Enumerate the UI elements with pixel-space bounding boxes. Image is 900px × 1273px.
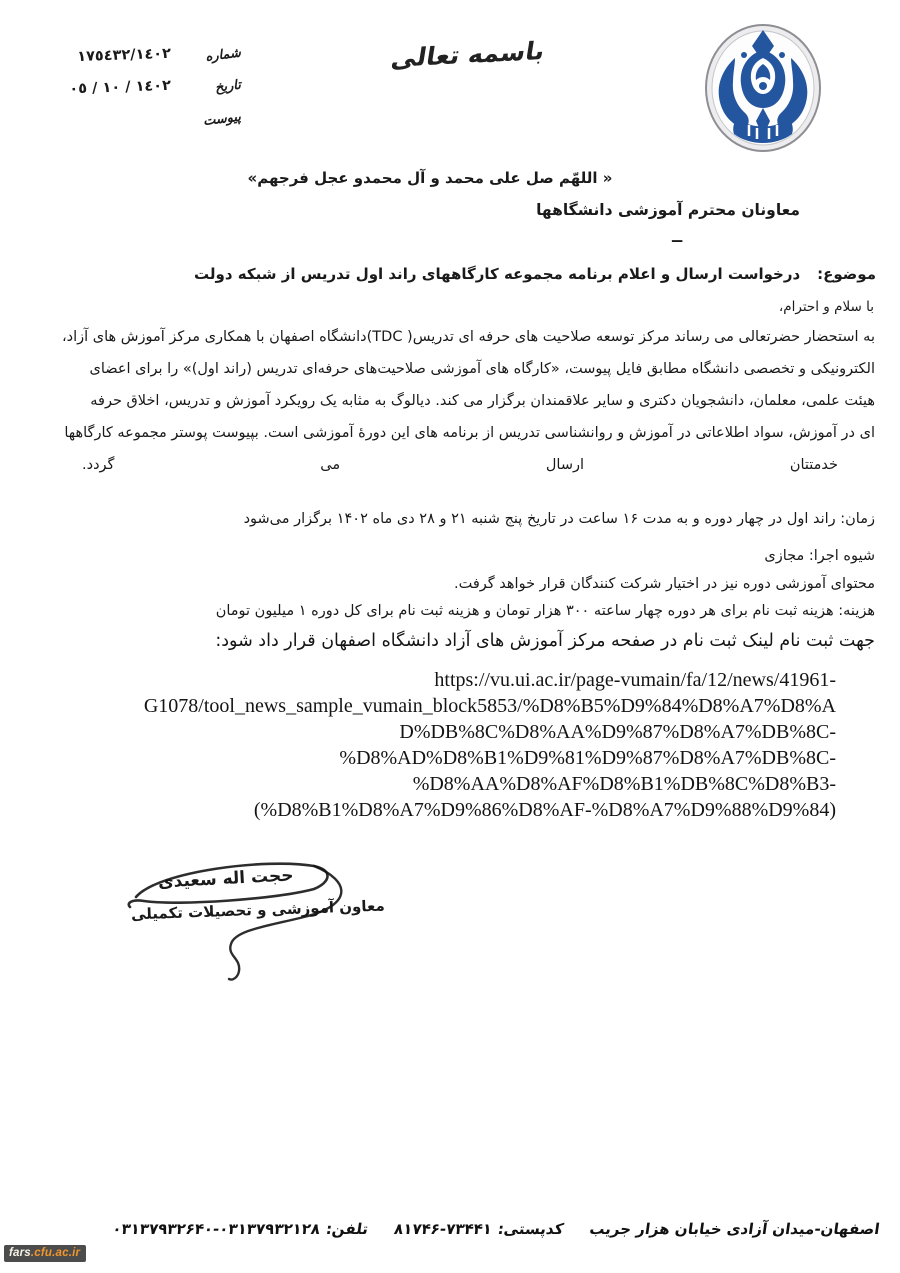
letter-number-row: شماره ١٧٥٤٣٢/١٤٠٢ <box>46 44 241 68</box>
footer-postal: کدپستی: ۸۱۷۴۶-۷۳۴۴۱ <box>393 1220 565 1238</box>
url-line: %D8%AD%D8%B1%D9%81%D9%87%D8%A7%DB%8C- <box>58 745 836 771</box>
letter-date-row: تاریخ ١٤٠٢ / ١٠ / ٠٥ <box>46 76 241 100</box>
body-line: به استحضار حضرتعالی می رساند مرکز توسعه … <box>30 321 875 353</box>
body-line: الکترونیکی و تخصصی دانشگاه مطابق فایل پی… <box>30 353 875 385</box>
footer-postal-label: کدپستی: <box>497 1220 565 1238</box>
subject-line: موضوع: درخواست ارسال و اعلام برنامه مجمو… <box>30 265 876 283</box>
footer-contact-line: اصفهان-میدان آزادی خیابان هزار جریب کدپس… <box>109 1220 884 1238</box>
subject-text: درخواست ارسال و اعلام برنامه مجموعه کارگ… <box>194 265 800 283</box>
letter-date-value: ١٤٠٢ / ١٠ / ٠٥ <box>46 78 171 98</box>
stretched-word: می <box>320 449 340 481</box>
stretched-word: ارسال <box>546 449 584 481</box>
footer-phone-label: تلفن: <box>325 1220 370 1238</box>
content-line: محتوای آموزشی دوره نیز در اختیار شرکت کن… <box>30 576 875 592</box>
watermark-secondary: .cfu.ac.ir <box>31 1247 80 1259</box>
url-line: (%D8%B1%D8%A7%D9%86%D8%AF-%D8%A7%D9%88%D… <box>58 797 836 823</box>
time-line: زمان: راند اول در چهار دوره و به مدت ۱۶ … <box>30 511 875 527</box>
url-line: %D8%AA%D8%AF%D8%B1%DB%8C%D8%B3- <box>58 771 836 797</box>
stretched-word: خدمتتان <box>790 449 838 481</box>
registration-url[interactable]: https://vu.ui.ac.ir/page-vumain/fa/12/ne… <box>58 667 836 823</box>
cost-line: هزینه: هزینه ثبت نام برای هر دوره چهار س… <box>30 603 875 619</box>
subject-label: موضوع: <box>817 265 876 283</box>
letterhead-meta: شماره ١٧٥٤٣٢/١٤٠٢ تاریخ ١٤٠٢ / ١٠ / ٠٥ پ… <box>46 44 241 140</box>
letter-attachment-label: پیوست <box>184 109 241 131</box>
body-line: ای در آموزش، سواد اطلاعاتی در آموزش و رو… <box>30 417 875 449</box>
recipient-dash: ــ <box>672 228 682 246</box>
greeting-line: با سلام و احترام، <box>779 299 874 315</box>
recipient-heading: معاونان محترم آموزشی دانشگاهها <box>536 201 800 219</box>
university-emblem-logo <box>704 24 822 152</box>
letter-attachment-value <box>46 118 171 122</box>
letter-attachment-row: پیوست <box>46 108 241 132</box>
footer-address: اصفهان-میدان آزادی خیابان هزار جریب <box>588 1220 881 1238</box>
besmele-calligraphy: باسمه تعالی <box>383 36 553 74</box>
footer-postal-value: ۸۱۷۴۶-۷۳۴۴۱ <box>393 1220 493 1238</box>
letter-number-value: ١٧٥٤٣٢/١٤٠٢ <box>46 46 171 66</box>
url-line: G1078/tool_news_sample_vumain_block5853/… <box>58 693 836 719</box>
watermark-primary: fars <box>9 1247 31 1259</box>
salutation-line: « اللهّم صل علی محمد و آل محمدو عجل فرجه… <box>0 169 860 187</box>
stretched-word: گردد. <box>82 449 114 481</box>
body-line: هیئت علمی، معلمان، دانشجویان دکتری و سای… <box>30 385 875 417</box>
footer-phone-value: ۰۳۱۳۷۹۳۲۶۴۰-۰۳۱۳۷۹۳۲۱۲۸ <box>111 1220 321 1238</box>
method-line: شیوه اجرا: مجازی <box>30 548 875 564</box>
url-line: D%DB%8C%D8%AA%D9%87%D8%A7%DB%8C- <box>58 719 836 745</box>
body-paragraph: به استحضار حضرتعالی می رساند مرکز توسعه … <box>30 321 875 481</box>
letter-number-label: شماره <box>184 45 241 67</box>
body-stretched-line: خدمتتان ارسال می گردد. <box>30 449 875 481</box>
watermark-badge: fars.cfu.ac.ir <box>4 1245 86 1262</box>
footer-phone: تلفن: ۰۳۱۳۷۹۳۲۶۴۰-۰۳۱۳۷۹۳۲۱۲۸ <box>111 1220 369 1238</box>
url-line: https://vu.ui.ac.ir/page-vumain/fa/12/ne… <box>58 667 836 693</box>
letter-date-label: تاریخ <box>184 77 241 99</box>
signature-scribble <box>118 853 398 983</box>
letter-page: شماره ١٧٥٤٣٢/١٤٠٢ تاریخ ١٤٠٢ / ١٠ / ٠٥ پ… <box>0 0 900 1273</box>
register-instruction-line: جهت ثبت نام لینک ثبت نام در صفحه مرکز آم… <box>30 631 875 651</box>
